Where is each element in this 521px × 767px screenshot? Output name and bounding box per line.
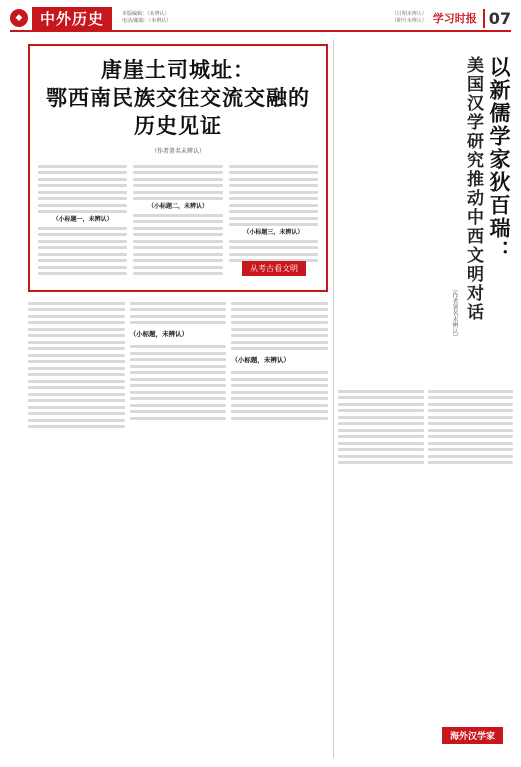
lower-subhead: （小标题，未辨认） — [130, 330, 227, 339]
seal-icon: ◆ — [10, 9, 28, 27]
meta-line: 电话/邮箱：（未辨认） — [122, 18, 171, 25]
feature-article: 唐崖土司城址： 鄂西南民族交往交流交融的历史见证 （作者署名未辨认） （小标题一… — [28, 44, 328, 292]
title-main: 以新儒学家狄百瑞： — [487, 56, 511, 340]
meta-line: 本版编辑：（未辨认） — [122, 11, 171, 18]
right-author: （作者署名未辨认） — [450, 286, 459, 340]
vertical-title: （作者署名未辨认） 美国汉学研究推动中西文明对话 以新儒学家狄百瑞： — [450, 56, 511, 340]
newspaper-page: ◆ 中外历史 本版编辑：（未辨认） 电话/邮箱：（未辨认） （日期未辨认） （期… — [0, 0, 521, 767]
feature-column: （小标题三，未辨认） — [229, 161, 318, 311]
right-column — [428, 386, 514, 716]
column-divider — [333, 40, 334, 758]
right-column — [338, 386, 424, 716]
lower-column — [28, 298, 125, 758]
feature-subhead: （小标题二，未辨认） — [133, 204, 222, 211]
lower-subhead: （小标题，未辨认） — [231, 356, 328, 365]
lower-column: （小标题，未辨认） — [231, 298, 328, 758]
column-label-stamp: 从考古看文明 — [242, 261, 306, 276]
column-label-overseas: 海外汉学家 — [442, 727, 503, 744]
section-title: 中外历史 — [32, 7, 112, 30]
feature-column: （小标题一，未辨认） — [38, 161, 127, 311]
feature-column: （小标题二，未辨认） — [133, 161, 222, 311]
lower-article-body: （小标题，未辨认） （小标题，未辨认） — [28, 298, 328, 758]
lower-column: （小标题，未辨认） — [130, 298, 227, 758]
feature-byline: （作者署名未辨认） — [38, 146, 318, 155]
feature-subhead: （小标题三，未辨认） — [229, 230, 318, 237]
feature-subhead: （小标题一，未辨认） — [38, 217, 127, 224]
right-article-body — [338, 386, 513, 716]
feature-headline: 唐崖土司城址： 鄂西南民族交往交流交融的历史见证 — [38, 56, 318, 140]
editor-info: 本版编辑：（未辨认） 电话/邮箱：（未辨认） — [122, 11, 171, 25]
feature-body: （小标题一，未辨认） （小标题二，未辨认） （小标题三，未辨认） — [38, 161, 318, 311]
headline-line: 唐崖土司城址： — [38, 56, 318, 84]
right-article: （作者署名未辨认） 美国汉学研究推动中西文明对话 以新儒学家狄百瑞： 海外汉学家 — [338, 16, 513, 756]
title-sub: 美国汉学研究推动中西文明对话 — [461, 56, 485, 340]
section-banner: ◆ 中外历史 — [10, 7, 112, 29]
headline-line: 鄂西南民族交往交流交融的历史见证 — [38, 84, 318, 140]
